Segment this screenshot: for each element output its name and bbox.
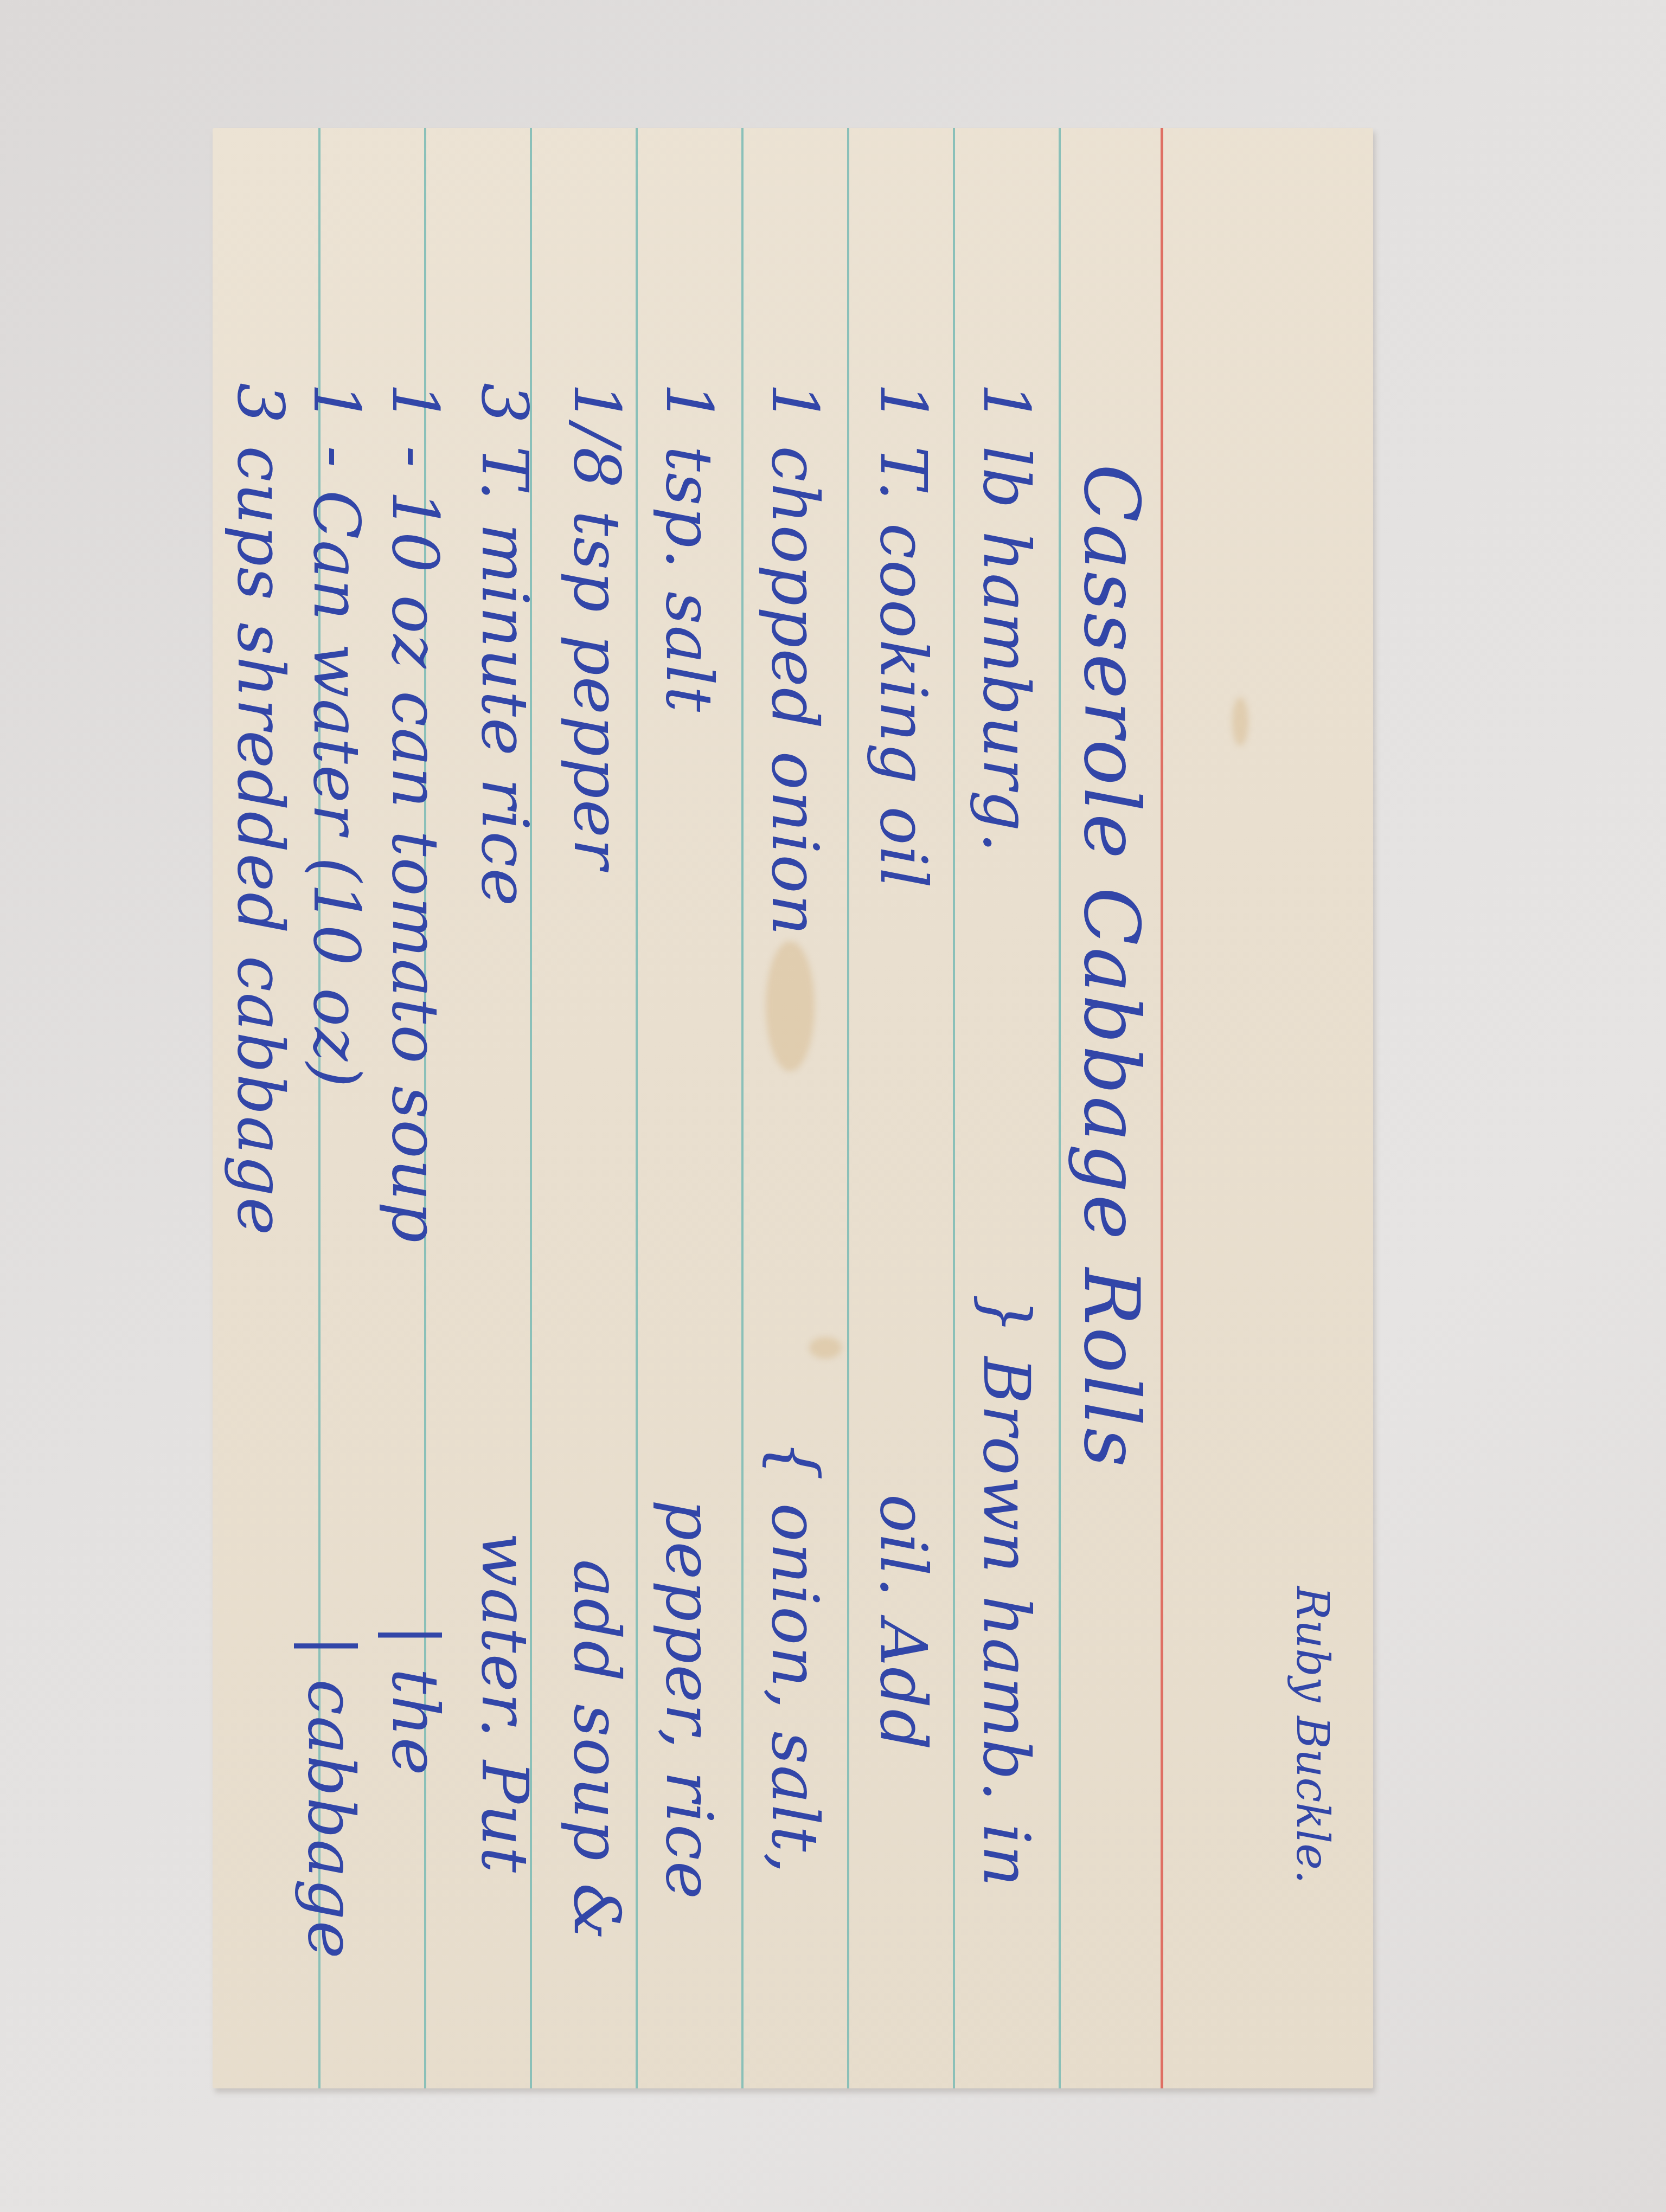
direction-line: | the <box>378 1624 453 1777</box>
ingredient-line: 1 chopped onion <box>758 383 832 936</box>
rule-line <box>741 128 744 2088</box>
ingredient-line: 1/8 tsp pepper <box>560 383 635 870</box>
rule-line <box>636 128 638 2088</box>
ingredient-line: 3 cups shredded cabbage <box>223 383 298 1236</box>
recipe-author: Ruby Buckle. <box>1286 1586 1338 1884</box>
recipe-card: Ruby Buckle. Casserole Cabbage Rolls 1 l… <box>213 128 1373 2088</box>
direction-line: water. Put <box>467 1532 542 1874</box>
paper-stain <box>766 941 815 1071</box>
direction-line: oil. Add <box>866 1494 941 1751</box>
rule-line <box>953 128 955 2088</box>
rule-line <box>847 128 849 2088</box>
ingredient-line: 3 T. minute rice <box>467 383 542 907</box>
direction-line: pepper, rice <box>652 1500 727 1900</box>
rule-line <box>1059 128 1061 2088</box>
direction-line: { onion, salt, <box>758 1440 832 1874</box>
ingredient-line: 1 lb hamburg. <box>969 383 1044 854</box>
ingredient-line: 1 tsp. salt <box>652 383 727 713</box>
paper-stain <box>1232 697 1248 746</box>
recipe-title: Casserole Cabbage Rolls <box>1067 464 1155 1469</box>
ingredient-line: 1 - Can water (10 oz) <box>299 383 374 1089</box>
direction-line: } Brown hamb. in <box>969 1294 1044 1888</box>
paper-stain <box>809 1337 842 1359</box>
ingredient-line: 1 - 10 oz can tomato soup <box>378 383 453 1244</box>
direction-line: add soup & <box>560 1559 635 1941</box>
margin-line <box>1161 128 1163 2088</box>
ingredient-line: 1 T. cooking oil <box>866 383 941 889</box>
direction-line: | cabbage <box>294 1635 369 1960</box>
